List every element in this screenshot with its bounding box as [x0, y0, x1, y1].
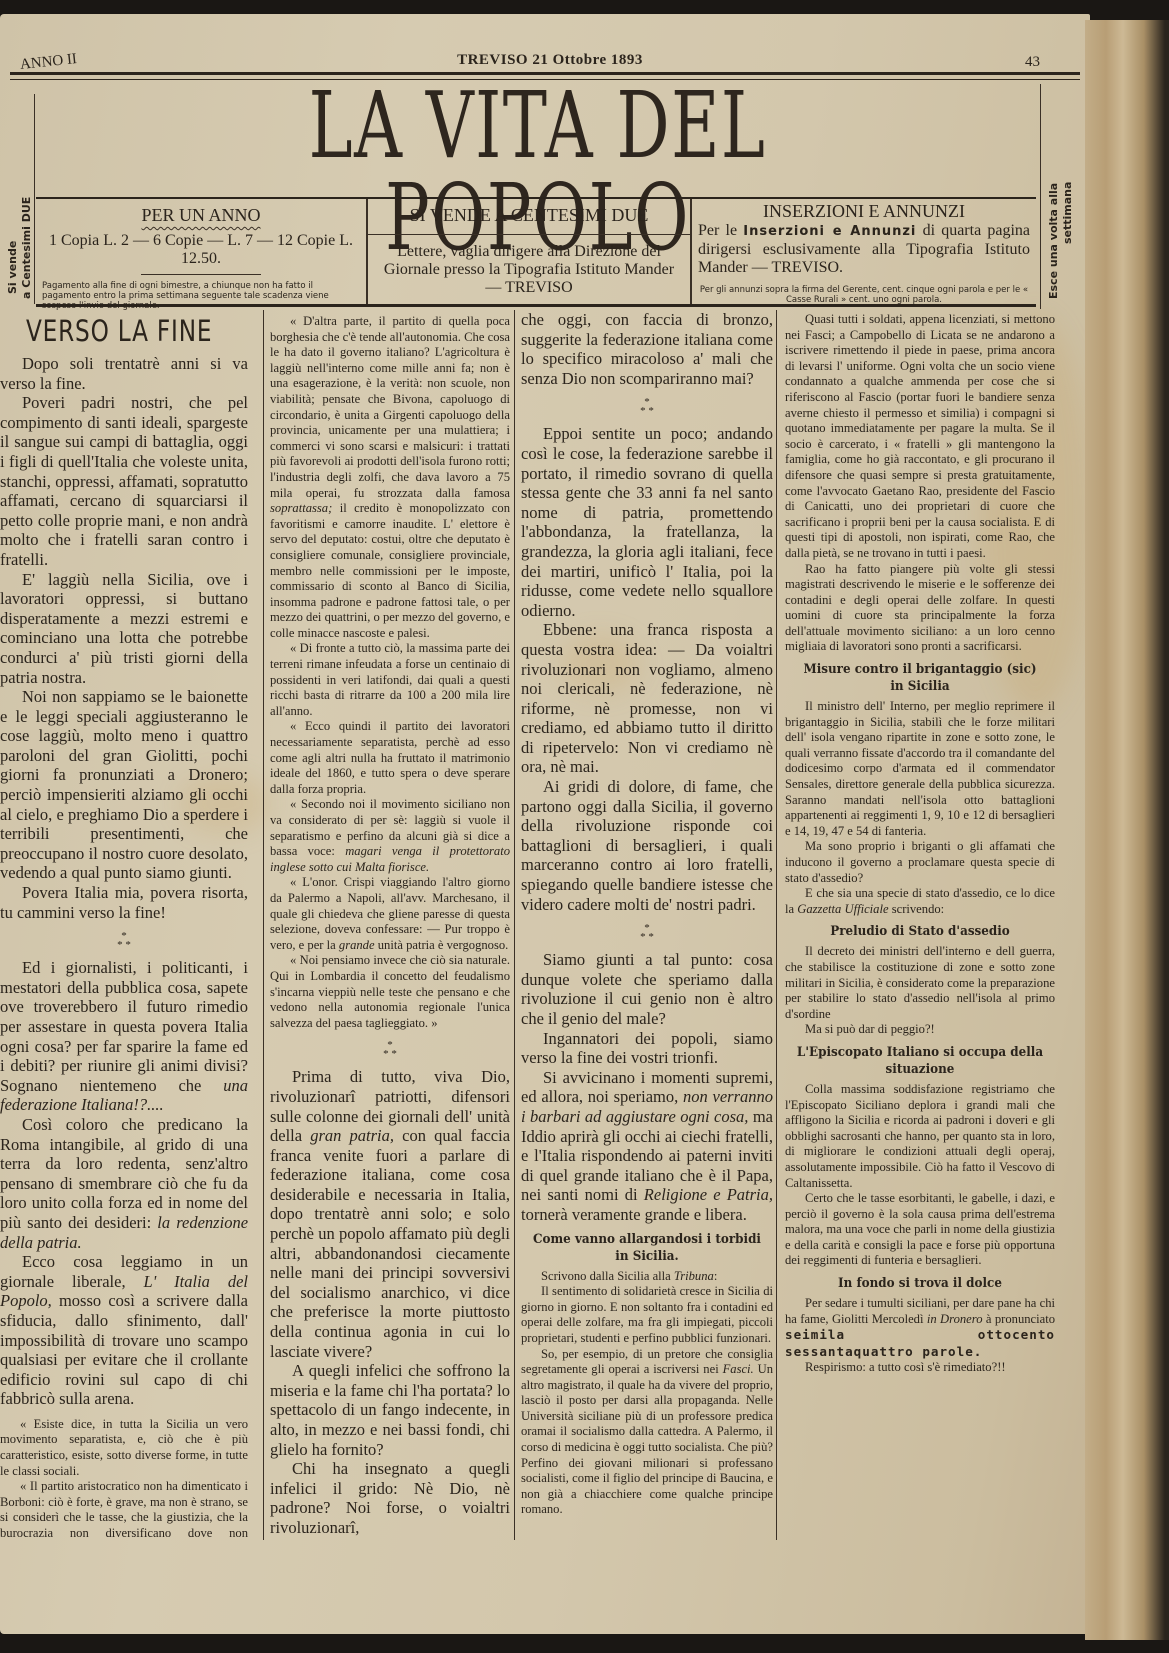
text: à pronunciato	[986, 1312, 1055, 1326]
spaced-bold-text: seimila ottocento sessantaquattro parole…	[785, 1327, 1055, 1359]
paragraph: Ebbene: una franca risposta a questa vos…	[521, 620, 773, 777]
section-ornament: * * *	[270, 1041, 510, 1059]
quoted-text: « Esiste dice, in tutta la Sicilia un ve…	[0, 1417, 248, 1540]
quote-paragraph: « D'altra parte, il partito di quella po…	[270, 314, 510, 641]
article-body: Quasi tutti i soldati, appena licenziati…	[785, 312, 1055, 655]
quote-paragraph: « Il partito aristocratico non ha diment…	[0, 1479, 248, 1540]
quote-paragraph: « Di fronte a tutto ciò, la massima part…	[270, 641, 510, 719]
paragraph: Eppoi sentite un poco; andando così le c…	[521, 424, 773, 620]
paragraph: Ecco cosa leggiamo in un giornale libera…	[0, 1252, 248, 1409]
text: il credito è monopolizzato con favoritis…	[270, 501, 510, 640]
paragraph: E' laggiù nella Sicilia, ove i lavorator…	[0, 570, 248, 688]
article-body: Colla massima soddisfazione registriamo …	[785, 1082, 1055, 1269]
article-columns: VERSO LA FINE Dopo soli trentatrè anni s…	[0, 310, 1085, 1540]
paragraph: Il decreto dei ministri dell'interno e d…	[785, 944, 1055, 1022]
info-row: PER UN ANNO 1 Copia L. 2 — 6 Copie — L. …	[36, 197, 1036, 307]
divider	[141, 274, 261, 275]
headline-line: situazione	[796, 1061, 1044, 1078]
paragraph: Ma sono proprio i briganti o gli affamat…	[785, 839, 1055, 886]
price-title: SI VENDE A CENTESIMI DUE	[368, 205, 690, 226]
text: Un altro magistrato, il quale ha da vive…	[521, 1362, 773, 1516]
paragraph: Così coloro che predicano la Roma intang…	[0, 1115, 248, 1252]
italic-text: Religione e Patria,	[644, 1185, 773, 1204]
text: tornerà veramente grande e libera.	[521, 1205, 747, 1224]
paragraph: Ed i giornalisti, i politicanti, i mesta…	[0, 958, 248, 1115]
headline-line: in Sicilia	[796, 678, 1044, 695]
headline-line: Come vanno allargandosi i torbidi	[531, 1231, 763, 1248]
side-note-left-line2: a Centesimi DUE	[20, 197, 33, 299]
ads-box: INSERZIONI E ANNUNZI Per le Inserzioni e…	[692, 199, 1036, 304]
quote-paragraph: « L'onor. Crispi viaggiando l'altro gior…	[270, 875, 510, 953]
article-headline: VERSO LA FINE	[26, 314, 204, 348]
column-2: « D'altra parte, il partito di quella po…	[263, 310, 510, 1540]
section-ornament: * * *	[521, 924, 773, 942]
article-headline: Misure contro il brigantaggio (sic) in S…	[796, 661, 1044, 695]
paragraph: Noi non sappiamo se le baionette e le le…	[0, 687, 248, 883]
text: « D'altra parte, il partito di quella po…	[270, 314, 510, 500]
italic-text: soprattassa;	[270, 501, 332, 515]
italic-text: grande	[339, 938, 375, 952]
quote-paragraph: « Ecco quindi il partito dei lavoratori …	[270, 719, 510, 797]
paragraph: Dopo soli trentatrè anni si va verso la …	[0, 354, 248, 393]
text: unità patria è vergognoso.	[378, 938, 509, 952]
subscription-note: Pagamento alla fine di ogni bimestre, a …	[36, 281, 366, 311]
paragraph: Rao ha fatto piangere più volte gli stes…	[785, 562, 1055, 656]
quote-paragraph: « Noi pensiamo invece che ciò sia natura…	[270, 953, 510, 1031]
paragraph: Prima di tutto, viva Dio, rivoluzionarî …	[270, 1067, 510, 1361]
paragraph: Povera Italia mia, povera risorta, tu ca…	[0, 883, 248, 922]
italic-text: in Dronero	[927, 1312, 983, 1326]
article-body: che oggi, con faccia di bronzo, suggerit…	[521, 310, 773, 1225]
paragraph: Certo che le tasse esorbitanti, le gabel…	[785, 1191, 1055, 1269]
star: * *	[521, 407, 773, 416]
ads-note: Per gli annunzi sopra la firma del Geren…	[692, 285, 1036, 305]
paragraph: Il sentimento di solidarietà cresce in S…	[521, 1284, 773, 1346]
section-ornament: * * *	[521, 398, 773, 416]
ads-body-text: Per le	[698, 222, 737, 239]
paragraph: Per sedare i tumulti siciliani, per dare…	[785, 1296, 1055, 1360]
article-body: Il decreto dei ministri dell'interno e d…	[785, 944, 1055, 1038]
italic-text: Tribuna	[674, 1269, 714, 1283]
paragraph: Colla massima soddisfazione registriamo …	[785, 1082, 1055, 1191]
side-note-right-line1: Esce una volta alla	[1047, 183, 1060, 299]
paragraph: E che sia una specie di stato d'assedio,…	[785, 886, 1055, 917]
side-note-left: Si vende a Centesimi DUE	[4, 94, 35, 304]
subscription-box: PER UN ANNO 1 Copia L. 2 — 6 Copie — L. …	[36, 199, 368, 304]
top-line: ANNO II TREVISO 21 Ottobre 1893 43	[20, 42, 1080, 70]
article-headline: L'Episcopato Italiano si occupa della si…	[796, 1044, 1044, 1078]
text: con qual faccia franca venite fuori a pa…	[270, 1126, 510, 1361]
side-note-left-line1: Si vende	[6, 241, 19, 294]
text: Ed i giornalisti, i politicanti, i mesta…	[0, 958, 248, 1095]
paragraph: Chi ha insegnato a quegli infelici il gr…	[270, 1459, 510, 1537]
side-note-right: Esce una volta alla settimana	[1040, 84, 1081, 309]
paragraph: Si avvicinano i momenti supremi, ed allo…	[521, 1068, 773, 1225]
ads-body-bold: Inserzioni e Annunzi	[743, 224, 916, 239]
text: :	[714, 1269, 718, 1283]
side-note-right-line2: settimana	[1061, 182, 1074, 244]
text: scrivendo:	[892, 902, 944, 916]
article-body: Per sedare i tumulti siciliani, per dare…	[785, 1296, 1055, 1376]
paragraph: Respirismo: a tutto così s'è rimediato?!…	[785, 1360, 1055, 1376]
quote-paragraph: « Esiste dice, in tutta la Sicilia un ve…	[0, 1417, 248, 1479]
section-ornament: * * *	[0, 932, 248, 950]
newspaper-page: ANNO II TREVISO 21 Ottobre 1893 43 Si ve…	[0, 14, 1090, 1634]
article-body: Il ministro dell' Interno, per meglio re…	[785, 699, 1055, 917]
headline-line: Misure contro il brigantaggio (sic)	[796, 661, 1044, 678]
column-3: che oggi, con faccia di bronzo, suggerit…	[514, 310, 773, 1540]
star: * *	[270, 1050, 510, 1059]
column-1: VERSO LA FINE Dopo soli trentatrè anni s…	[0, 310, 248, 1540]
headline-line: in Sicilia.	[531, 1248, 763, 1265]
article-body: Dopo soli trentatrè anni si va verso la …	[0, 354, 248, 1409]
paragraph: Ai gridi di dolore, di fame, che partono…	[521, 777, 773, 914]
page-number: 43	[1025, 54, 1040, 71]
column-4: Quasi tutti i soldati, appena licenziati…	[776, 310, 1055, 1540]
text: Scrivono dalla Sicilia alla	[541, 1269, 671, 1283]
article-headline: Come vanno allargandosi i torbidi in Sic…	[531, 1231, 763, 1265]
paragraph: So, per esempio, di un pretore che consi…	[521, 1347, 773, 1519]
headline-line: L'Episcopato Italiano si occupa della	[796, 1044, 1044, 1061]
italic-text: Gazzetta Ufficiale	[797, 902, 888, 916]
italic-text: Fasci.	[723, 1362, 754, 1376]
ads-title: INSERZIONI E ANNUNZI	[692, 201, 1036, 222]
dateline: TREVISO 21 Ottobre 1893	[20, 52, 1080, 69]
star: * *	[0, 941, 248, 950]
paragraph: Siamo giunti a tal punto: cosa dunque vo…	[521, 950, 773, 1028]
article-body: Scrivono dalla Sicilia alla Tribuna: Il …	[521, 1269, 773, 1519]
paragraph: Ingannatori dei popoli, siamo verso la f…	[521, 1029, 773, 1068]
paragraph: Poveri padri nostri, che pel compimento …	[0, 393, 248, 569]
paragraph: A quegli infelici che soffrono la miseri…	[270, 1361, 510, 1459]
paragraph: Ma si può dar di peggio?!	[785, 1022, 1055, 1038]
subscription-title: PER UN ANNO	[36, 205, 366, 226]
paragraph: Il ministro dell' Interno, per meglio re…	[785, 699, 1055, 839]
paragraph: che oggi, con faccia di bronzo, suggerit…	[521, 310, 773, 388]
article-headline: Preludio di Stato d'assedio	[796, 923, 1044, 940]
article-headline: In fondo si trova il dolce	[796, 1275, 1044, 1292]
divider	[368, 234, 690, 235]
paragraph: Quasi tutti i soldati, appena licenziati…	[785, 312, 1055, 562]
italic-text: gran patria,	[310, 1126, 394, 1145]
quote-paragraph: « Secondo noi il movimento siciliano non…	[270, 797, 510, 875]
bound-page-edge	[1085, 20, 1169, 1640]
ads-body: Per le Inserzioni e Annunzi di quarta pa…	[692, 222, 1036, 277]
price-body: Lettere, vaglia dirigere alla Direzione …	[368, 243, 690, 297]
quoted-text: « D'altra parte, il partito di quella po…	[270, 314, 510, 1031]
star: * *	[521, 933, 773, 942]
paragraph: Scrivono dalla Sicilia alla Tribuna:	[521, 1269, 773, 1285]
price-box: SI VENDE A CENTESIMI DUE Lettere, vaglia…	[368, 199, 692, 304]
subscription-prices: 1 Copia L. 2 — 6 Copie — L. 7 — 12 Copie…	[36, 232, 366, 268]
article-body: Prima di tutto, viva Dio, rivoluzionarî …	[270, 1067, 510, 1537]
